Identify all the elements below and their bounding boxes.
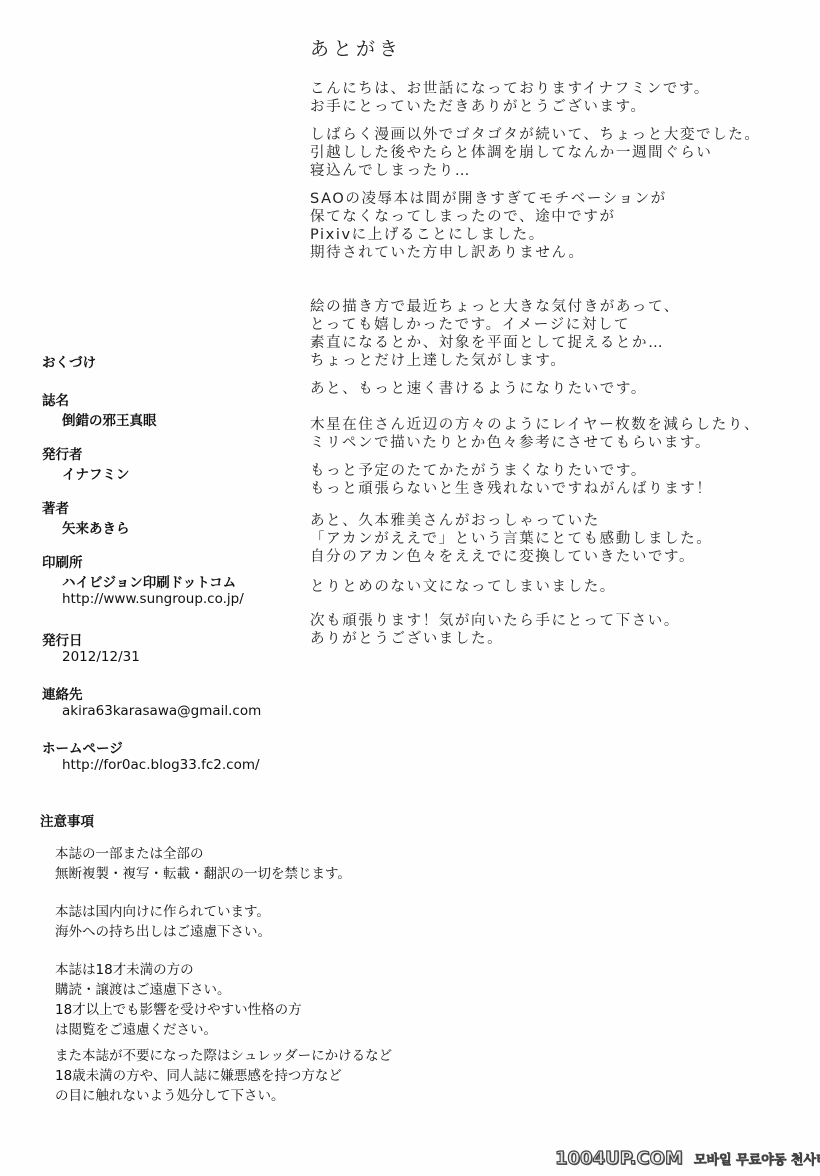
text-line: 次も頑張ります！気が向いたら手にとって下さい。 [310, 612, 680, 630]
field-label-printer: 印刷所 [42, 551, 83, 571]
afterword-title: あとがき [310, 40, 402, 58]
text-line: 本誌は18才未満の方の [55, 960, 302, 980]
afterword-paragraph-8: あと、久本雅美さんがおっしゃっていた 「アカンがええで」という言葉にとても感動し… [310, 512, 712, 566]
colophon-heading: おくづけ [42, 351, 96, 371]
afterword-section: あとがき こんにちは、お世話になっておりますイナフミンです。 お手にとっていただ… [280, 32, 800, 652]
text-line: 本誌の一部または全部の [55, 844, 351, 864]
afterword-paragraph-9: とりとめのない文になってしまいました。 [310, 578, 616, 596]
field-label-author: 著者 [42, 497, 69, 517]
notes-block-4: また本誌が不要になった際はシュレッダーにかけるなど 18歳未満の方や、同人誌に嫌… [55, 1046, 392, 1106]
site-watermark: 1004UP.COM 모바일 무료야동 천사티비 [555, 1148, 820, 1169]
field-label-title: 誌名 [42, 389, 69, 409]
text-line: 保てなくなってしまったので、途中ですが [310, 208, 667, 226]
text-line: 素直になるとか、対象を平面として捉えるとか… [310, 334, 680, 352]
text-line: もっと予定のたてかたがうまくなりたいです。 [310, 462, 713, 480]
notes-block-3: 本誌は18才未満の方の 購読・譲渡はご遠慮下さい。 18才以上でも影響を受けやす… [55, 960, 302, 1040]
afterword-paragraph-10: 次も頑張ります！気が向いたら手にとって下さい。 ありがとうございました。 [310, 612, 680, 648]
afterword-paragraph-6: 木星在住さん近辺の方々のようにレイヤー枚数を減らしたり、 ミリペンで描いたりとか… [310, 416, 760, 452]
afterword-paragraph-1: こんにちは、お世話になっておりますイナフミンです。 お手にとっていただきありがと… [310, 80, 710, 116]
afterword-paragraph-3: SAOの凌辱本は間が開きすぎてモチベーションが 保てなくなってしまったので、途中… [310, 190, 667, 262]
text-line: 自分のアカン色々をええでに変換していきたいです。 [310, 548, 712, 566]
text-line: 本誌は国内向けに作られています。 [55, 902, 271, 922]
text-line: 木星在住さん近辺の方々のようにレイヤー枚数を減らしたり、 [310, 416, 760, 434]
field-value-issue-date: 2012/12/31 [62, 649, 140, 665]
field-value-homepage-url: http://for0ac.blog33.fc2.com/ [62, 757, 260, 773]
text-line: あと、もっと速く書けるようになりたいです。 [310, 380, 647, 398]
field-label-contact: 連絡先 [42, 683, 83, 703]
text-line: とりとめのない文になってしまいました。 [310, 578, 616, 596]
text-line: ありがとうございました。 [310, 630, 680, 648]
text-line: もっと頑張らないと生き残れないですねがんばります！ [310, 480, 713, 498]
notes-heading: 注意事項 [40, 810, 94, 830]
watermark-tagline: 모바일 무료야동 천사티비 [694, 1153, 820, 1168]
doujinshi-afterword-page: あとがき こんにちは、お世話になっておりますイナフミンです。 お手にとっていただ… [0, 0, 820, 1176]
text-line: また本誌が不要になった際はシュレッダーにかけるなど [55, 1046, 392, 1066]
field-label-issue-date: 発行日 [42, 629, 83, 649]
text-line: 18才以上でも影響を受けやすい性格の方 [55, 1000, 302, 1020]
notes-block-2: 本誌は国内向けに作られています。 海外への持ち出しはご遠慮下さい。 [55, 902, 271, 942]
watermark-brand: 1004UP.COM [555, 1148, 683, 1169]
text-line: の目に触れないよう処分して下さい。 [55, 1086, 392, 1106]
text-line: 引越しした後やたらと体調を崩してなんか一週間ぐらい [310, 144, 761, 162]
afterword-paragraph-4: 絵の描き方で最近ちょっと大きな気付きがあって、 とっても嬉しかったです。イメージ… [310, 298, 680, 370]
text-line: とっても嬉しかったです。イメージに対して [310, 316, 680, 334]
field-value-printer-url: http://www.sungroup.co.jp/ [62, 591, 244, 607]
afterword-paragraph-5: あと、もっと速く書けるようになりたいです。 [310, 380, 647, 398]
afterword-paragraph-2: しばらく漫画以外でゴタゴタが続いて、ちょっと大変でした。 引越しした後やたらと体… [310, 126, 761, 180]
text-line: 期待されていた方申し訳ありません。 [310, 244, 667, 262]
field-value-title: 倒錯の邪王真眼 [62, 409, 157, 429]
text-line: お手にとっていただきありがとうございます。 [310, 98, 710, 116]
field-value-contact-email: akira63karasawa@gmail.com [62, 703, 261, 719]
text-line: 寝込んでしまったり… [310, 162, 761, 180]
text-line: SAOの凌辱本は間が開きすぎてモチベーションが [310, 190, 667, 208]
field-label-homepage: ホームページ [42, 737, 123, 757]
text-line: ミリペンで描いたりとか色々参考にさせてもらいます。 [310, 434, 760, 452]
field-value-printer-name: ハイビジョン印刷ドットコム [62, 571, 236, 591]
text-line: ちょっとだけ上達した気がします。 [310, 352, 680, 370]
text-line: 購読・譲渡はご遠慮下さい。 [55, 980, 302, 1000]
text-line: こんにちは、お世話になっておりますイナフミンです。 [310, 80, 710, 98]
text-line: しばらく漫画以外でゴタゴタが続いて、ちょっと大変でした。 [310, 126, 761, 144]
field-value-publisher: イナフミン [62, 463, 130, 483]
afterword-paragraph-7: もっと予定のたてかたがうまくなりたいです。 もっと頑張らないと生き残れないですね… [310, 462, 713, 498]
text-line: Pixivに上げることにしました。 [310, 226, 667, 244]
text-line: あと、久本雅美さんがおっしゃっていた [310, 512, 712, 530]
field-label-publisher: 発行者 [42, 443, 83, 463]
text-line: は閲覧をご遠慮ください。 [55, 1020, 302, 1040]
text-line: 18歳未満の方や、同人誌に嫌悪感を持つ方など [55, 1066, 392, 1086]
text-line: 無断複製・複写・転載・翻訳の一切を禁じます。 [55, 864, 351, 884]
text-line: 「アカンがええで」という言葉にとても感動しました。 [310, 530, 712, 548]
text-line: 絵の描き方で最近ちょっと大きな気付きがあって、 [310, 298, 680, 316]
text-line: 海外への持ち出しはご遠慮下さい。 [55, 922, 271, 942]
field-value-author: 矢来あきら [62, 517, 130, 537]
notes-block-1: 本誌の一部または全部の 無断複製・複写・転載・翻訳の一切を禁じます。 [55, 844, 351, 884]
